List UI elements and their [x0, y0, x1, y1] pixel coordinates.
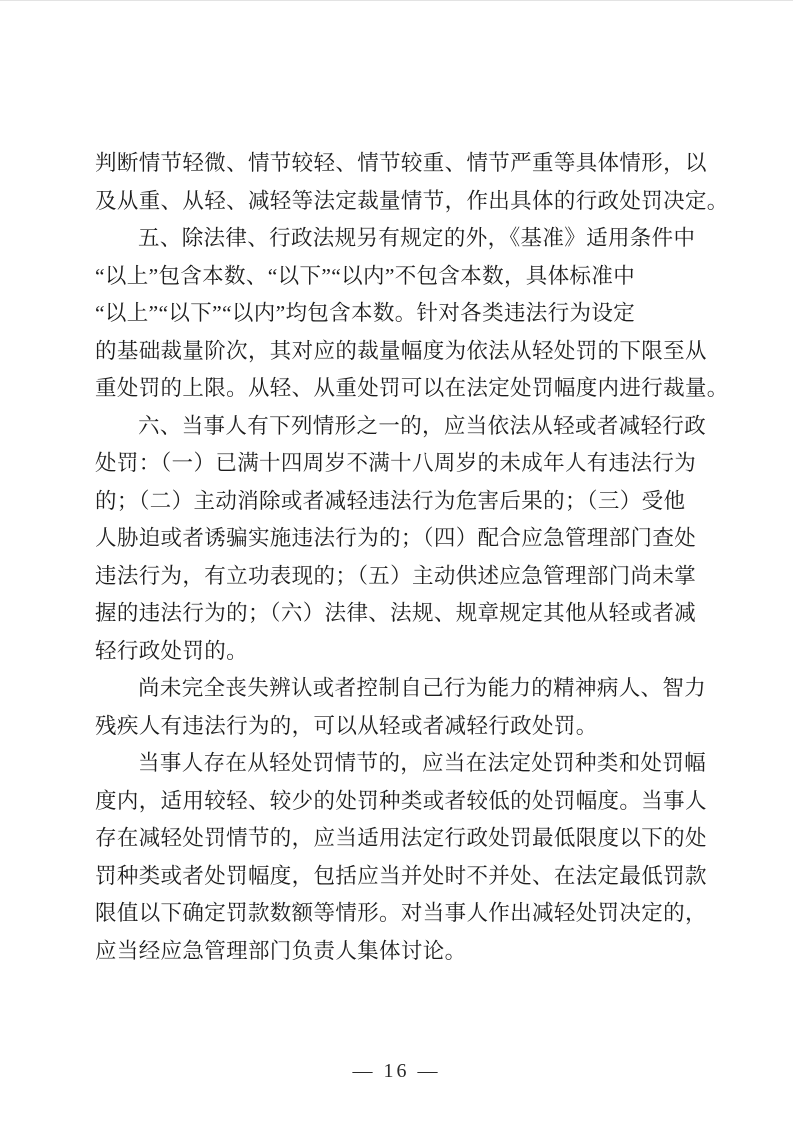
text-line: 应当经应急管理部门负责人集体讨论。: [95, 933, 720, 971]
text-line: 判断情节轻微、情节较轻、情节较重、情节严重等具体情形，以: [95, 145, 720, 183]
text-line: 尚未完全丧失辨认或者控制自己行为能力的精神病人、智力: [95, 670, 720, 708]
text-line: 违法行为，有立功表现的；（五）主动供述应急管理部门尚未掌: [95, 558, 720, 596]
text-line: “以上”“以下”“以内”均包含本数。针对各类违法行为设定: [95, 295, 720, 333]
text-line: 五、除法律、行政法规另有规定的外，《基准》适用条件中: [95, 220, 720, 258]
text-line: 存在减轻处罚情节的，应当适用法定行政处罚最低限度以下的处: [95, 820, 720, 858]
text-line: 握的违法行为的；（六）法律、法规、规章规定其他从轻或者减: [95, 595, 720, 633]
paragraph: 当事人存在从轻处罚情节的，应当在法定处罚种类和处罚幅度内，适用较轻、较少的处罚种…: [95, 745, 720, 970]
text-line: 残疾人有违法行为的，可以从轻或者减轻行政处罚。: [95, 708, 720, 746]
text-line: 及从重、从轻、减轻等法定裁量情节，作出具体的行政处罚决定。: [95, 183, 720, 221]
text-line: 的；（二）主动消除或者减轻违法行为危害后果的；（三）受他: [95, 483, 720, 521]
text-line: “以上”包含本数、“以下”“以内”不包含本数，具体标准中: [95, 258, 720, 296]
paragraph: 五、除法律、行政法规另有规定的外，《基准》适用条件中“以上”包含本数、“以下”“…: [95, 220, 720, 408]
page-number: — 16 —: [0, 1060, 793, 1083]
text-line: 当事人存在从轻处罚情节的，应当在法定处罚种类和处罚幅: [95, 745, 720, 783]
text-line: 限值以下确定罚款数额等情形。对当事人作出减轻处罚决定的，: [95, 895, 720, 933]
text-line: 六、当事人有下列情形之一的，应当依法从轻或者减轻行政: [95, 408, 720, 446]
text-line: 的基础裁量阶次，其对应的裁量幅度为依法从轻处罚的下限至从: [95, 333, 720, 371]
paragraph: 尚未完全丧失辨认或者控制自己行为能力的精神病人、智力残疾人有违法行为的，可以从轻…: [95, 670, 720, 745]
document-body: 判断情节轻微、情节较轻、情节较重、情节严重等具体情形，以及从重、从轻、减轻等法定…: [95, 145, 720, 970]
text-line: 重处罚的上限。从轻、从重处罚可以在法定处罚幅度内进行裁量。: [95, 370, 720, 408]
paragraph: 判断情节轻微、情节较轻、情节较重、情节严重等具体情形，以及从重、从轻、减轻等法定…: [95, 145, 720, 220]
text-line: 人胁迫或者诱骗实施违法行为的；（四）配合应急管理部门查处: [95, 520, 720, 558]
text-line: 度内，适用较轻、较少的处罚种类或者较低的处罚幅度。当事人: [95, 783, 720, 821]
paragraph: 六、当事人有下列情形之一的，应当依法从轻或者减轻行政处罚：（一）已满十四周岁不满…: [95, 408, 720, 671]
text-line: 处罚：（一）已满十四周岁不满十八周岁的未成年人有违法行为: [95, 445, 720, 483]
document-page: 判断情节轻微、情节较轻、情节较重、情节严重等具体情形，以及从重、从轻、减轻等法定…: [0, 0, 793, 1123]
text-line: 罚种类或者处罚幅度，包括应当并处时不并处、在法定最低罚款: [95, 858, 720, 896]
text-line: 轻行政处罚的。: [95, 633, 720, 671]
